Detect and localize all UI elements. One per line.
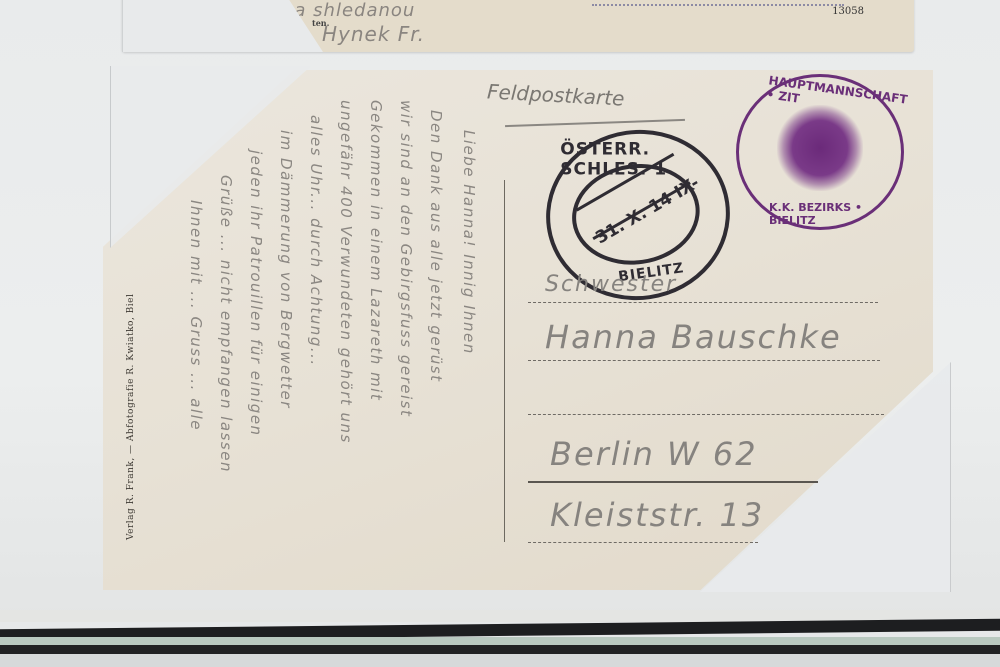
- message-line: jeden ihr Patrouillen für einigen: [247, 150, 265, 437]
- page-edge-green: [0, 637, 1000, 645]
- message-line: alles Uhr... durch Achtung...: [307, 115, 325, 367]
- address-line-2: Hanna Bauschke: [545, 318, 842, 356]
- address-underline: [528, 481, 818, 483]
- album-book-edge: [0, 610, 1000, 667]
- address-line-4: Kleiststr. 13: [550, 496, 764, 534]
- address-dotted-line: [528, 414, 884, 415]
- address-line-1: Schwester: [545, 272, 677, 297]
- address-dotted-line: [528, 542, 758, 543]
- eagle-emblem-icon: [777, 105, 863, 191]
- top-postcard: na shledanou ten. Hynek Fr. 13058: [122, 0, 914, 52]
- message-line: ungefähr 400 Verwundeten gehört uns: [337, 100, 355, 444]
- photo-corner: [122, 0, 323, 52]
- message-line: Grüße ... nicht empfangen lassen: [217, 175, 235, 473]
- handwriting-line: na shledanou: [282, 0, 415, 21]
- cachet-ring-text-bottom: K.K. BEZIRKS • BIELITZ: [769, 201, 901, 227]
- publisher-imprint: Verlag R. Frank, — Abfotografie R. Kwiat…: [126, 294, 136, 540]
- message-line: Gekommen in einem Lazareth mit: [367, 100, 385, 401]
- message-line: Liebe Hanna! Innig Ihnen: [460, 130, 478, 355]
- page-edge-lower: [0, 654, 1000, 667]
- page-edge-dark: [0, 645, 1000, 654]
- message-line: im Dämmerung von Bergwetter: [277, 130, 295, 409]
- card-divider-line: [504, 180, 505, 542]
- message-line: wir sind an den Gebirgsfuss gereist: [397, 100, 415, 417]
- address-dotted-line: [528, 302, 878, 303]
- address-dotted-line: [592, 4, 844, 6]
- address-dotted-line: [528, 360, 880, 361]
- signature: Hynek Fr.: [322, 22, 425, 46]
- address-line-3: Berlin W 62: [550, 435, 758, 473]
- message-line: Ihnen mit ... Gruss ... alle: [187, 200, 205, 431]
- official-cachet: HAUPTMANNSCHAFT • ZIT K.K. BEZIRKS • BIE…: [736, 74, 904, 230]
- card-number: 13058: [832, 6, 864, 17]
- message-line: Den Dank aus alle jetzt gerüst: [427, 110, 445, 382]
